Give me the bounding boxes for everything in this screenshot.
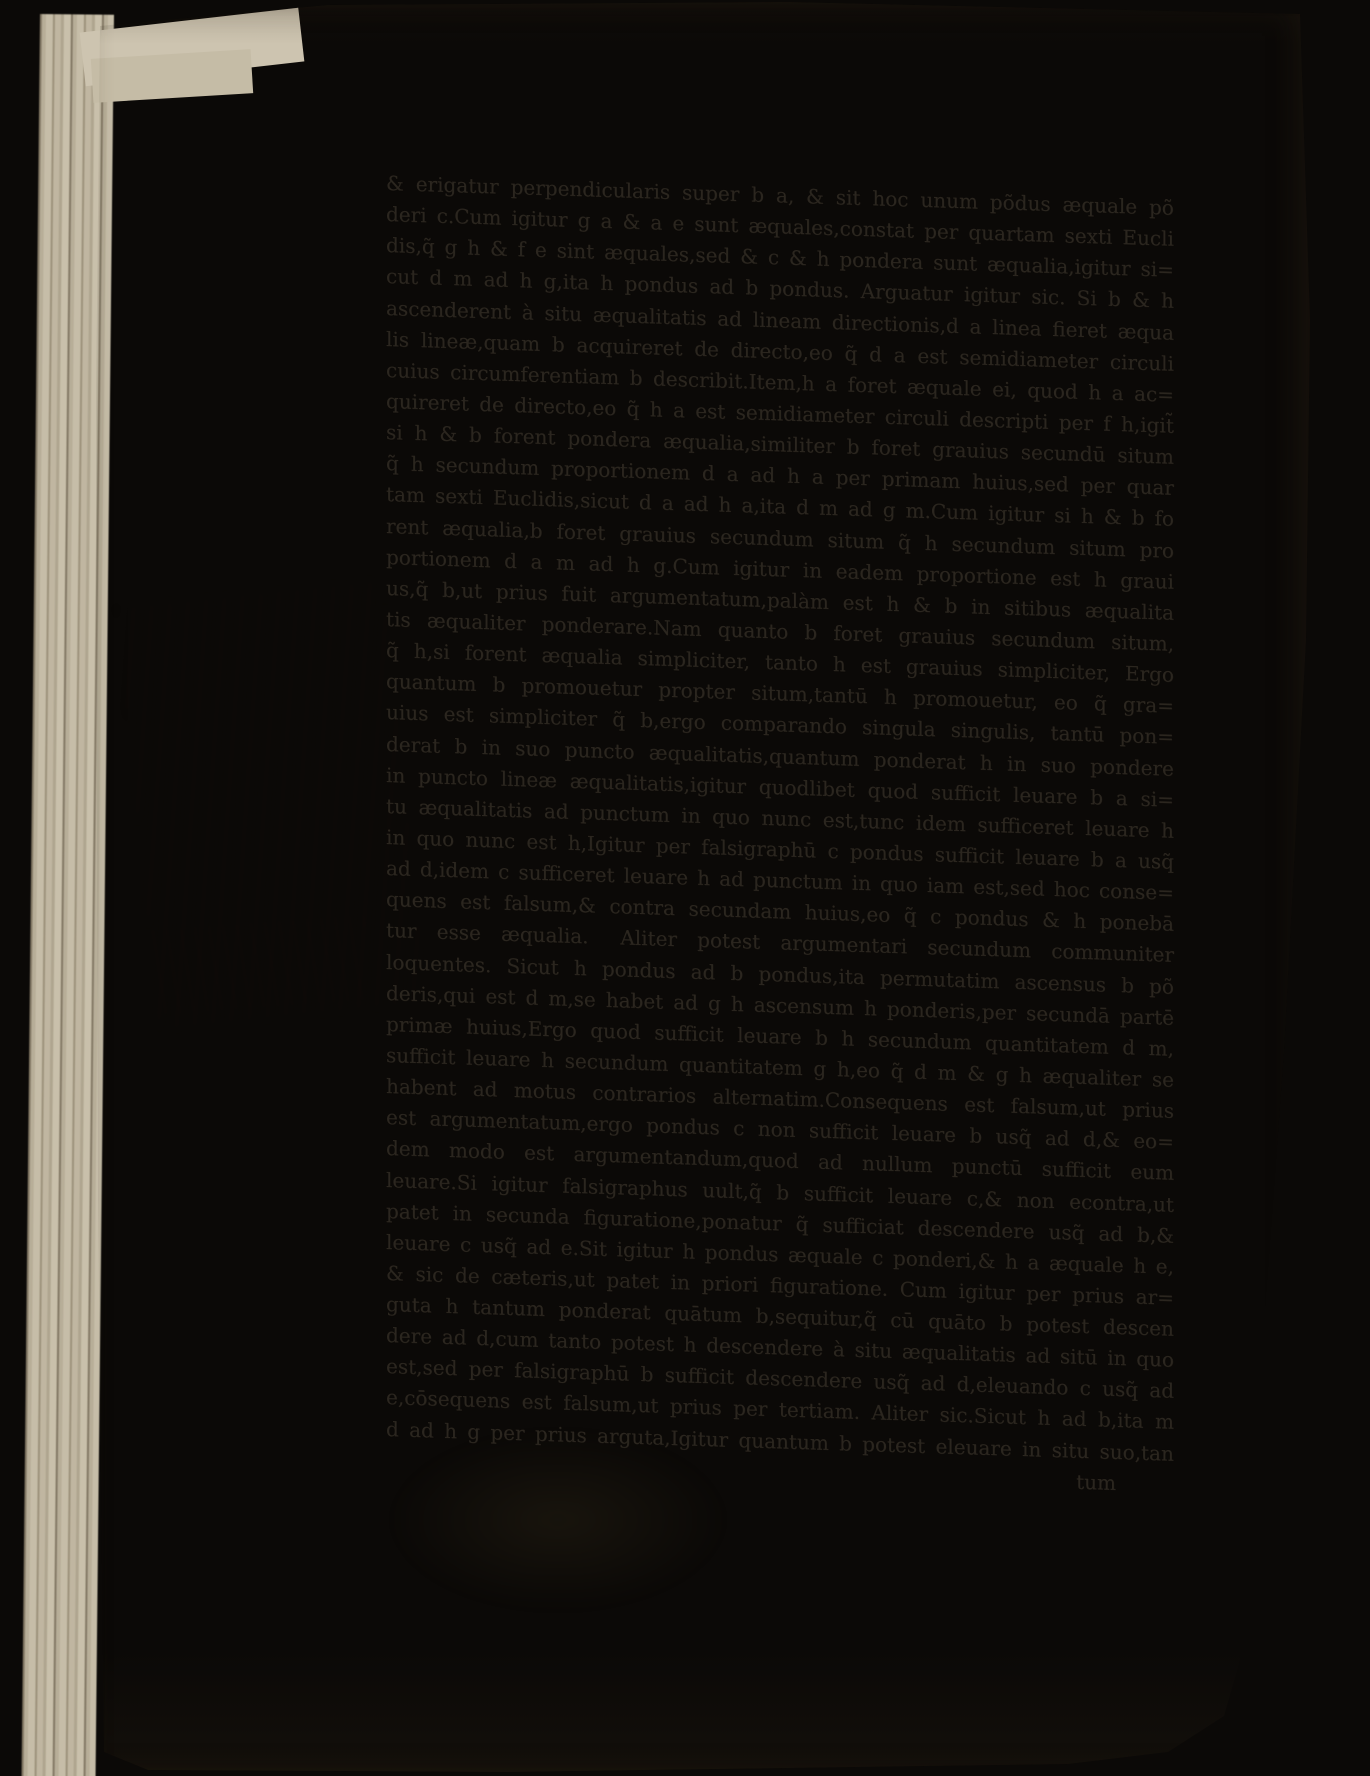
book-page: &erigaturperpendicularissuperba,&sithocu…: [88, 0, 1314, 1776]
book-photo: &erigaturperpendicularissuperba,&sithocu…: [0, 0, 1370, 1776]
show-through-marks: [145, 912, 371, 1017]
text-block: &erigaturperpendicularissuperba,&sithocu…: [386, 168, 1174, 1501]
